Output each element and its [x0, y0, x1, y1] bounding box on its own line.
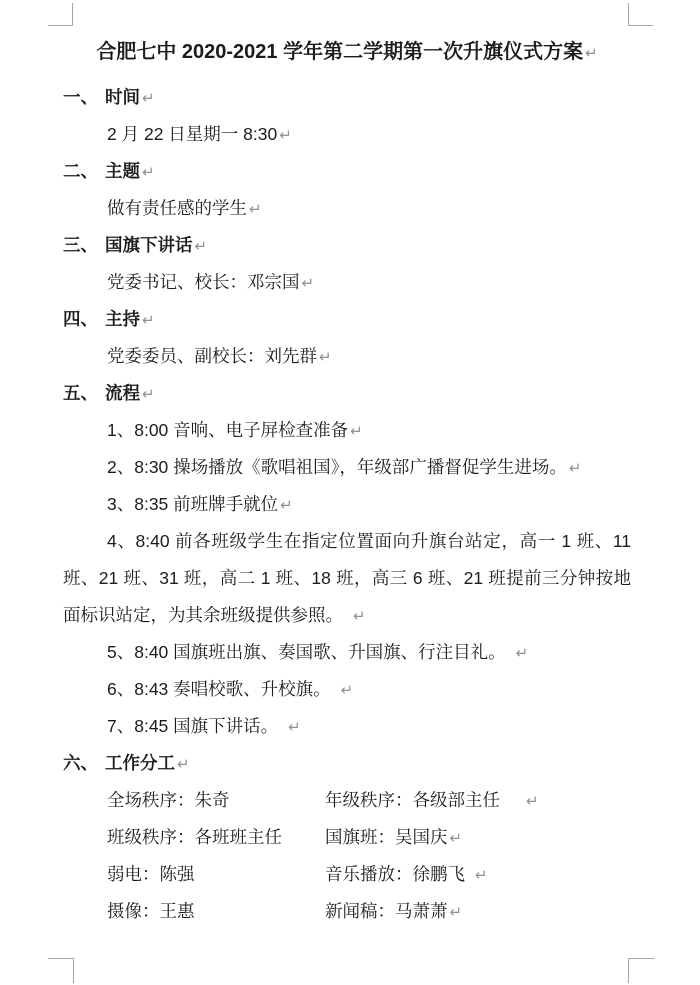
list-item-text: 4、8:40 前各班级学生在指定位置面向升旗台站定，高一 1 班、11 班、21…: [63, 531, 631, 625]
duty-right-text: 新闻稿：马萧萧: [325, 893, 448, 930]
process-item-5: 5、8:40 国旗班出旗、奏国歌、升国旗、行注目礼。↵: [63, 634, 631, 671]
paragraph-mark-icon: ↵: [516, 645, 529, 662]
paragraph-mark-icon: ↵: [450, 830, 463, 847]
process-item-1: 1、8:00 音响、电子屏检查准备↵: [63, 412, 631, 449]
heading-number: 一、: [63, 87, 98, 107]
duty-row-4: 摄像：王惠新闻稿：马萧萧↵: [63, 893, 631, 930]
duty-right-text: 国旗班：吴国庆: [325, 819, 448, 856]
paragraph-mark-icon: ↵: [177, 756, 190, 773]
list-item-text: 7、8:45 国旗下讲话。: [107, 716, 278, 736]
paragraph-text: 党委书记、校长：邓宗国: [107, 272, 300, 292]
heading-number: 三、: [63, 235, 98, 255]
heading-number: 四、: [63, 309, 98, 329]
section-heading-theme: 二、主题↵: [63, 153, 631, 190]
process-item-4: 4、8:40 前各班级学生在指定位置面向升旗台站定，高一 1 班、11 班、21…: [63, 523, 631, 634]
process-item-3: 3、8:35 前班牌手就位↵: [63, 486, 631, 523]
paragraph-mark-icon: ↵: [279, 127, 292, 144]
paragraph-mark-icon: ↵: [341, 682, 354, 699]
duty-right-text: 年级秩序：各级部主任: [325, 782, 500, 819]
sections: 一、时间↵ 2 月 22 日星期一 8:30↵ 二、主题↵ 做有责任感的学生↵ …: [63, 79, 631, 930]
paragraph-mark-icon: ↵: [249, 201, 262, 218]
duty-left-text: 摄像：王惠: [107, 893, 325, 930]
heading-text: 主持: [105, 309, 140, 329]
paragraph-mark-icon: ↵: [450, 904, 463, 921]
heading-text: 时间: [105, 87, 140, 107]
heading-number: 五、: [63, 383, 98, 403]
paragraph-mark-icon: ↵: [585, 45, 598, 62]
process-item-2: 2、8:30 操场播放《歌唱祖国》，年级部广播督促学生进场。↵: [63, 449, 631, 486]
paragraph-mark-icon: ↵: [142, 164, 155, 181]
paragraph-mark-icon: ↵: [319, 349, 332, 366]
paragraph-mark-icon: ↵: [142, 90, 155, 107]
heading-text: 工作分工: [105, 753, 175, 773]
heading-number: 六、: [63, 753, 98, 773]
paragraph-mark-icon: ↵: [142, 312, 155, 329]
heading-text: 主题: [105, 161, 140, 181]
paragraph-mark-icon: ↵: [350, 423, 363, 440]
crop-mark-top-left-icon: [48, 3, 73, 26]
paragraph-mark-icon: ↵: [195, 238, 208, 255]
duty-right-text: 音乐播放：徐鹏飞: [325, 856, 465, 893]
section-heading-host: 四、主持↵: [63, 301, 631, 338]
section-heading-speech: 三、国旗下讲话↵: [63, 227, 631, 264]
list-item-text: 3、8:35 前班牌手就位: [107, 494, 278, 514]
paragraph-mark-icon: ↵: [475, 867, 488, 884]
section-heading-time: 一、时间↵: [63, 79, 631, 116]
heading-text: 国旗下讲话: [105, 235, 193, 255]
page-title: 合肥七中 2020-2021 学年第二学期第一次升旗仪式方案↵: [63, 31, 631, 67]
list-item-text: 2、8:30 操场播放《歌唱祖国》，年级部广播督促学生进场。: [107, 457, 567, 477]
document-content: 合肥七中 2020-2021 学年第二学期第一次升旗仪式方案↵ 一、时间↵ 2 …: [63, 31, 631, 930]
process-item-6: 6、8:43 奏唱校歌、升校旗。↵: [63, 671, 631, 708]
paragraph-host: 党委委员、副校长：刘先群↵: [63, 338, 631, 375]
paragraph-mark-icon: ↵: [569, 460, 582, 477]
paragraph-mark-icon: ↵: [142, 386, 155, 403]
paragraph-theme: 做有责任感的学生↵: [63, 190, 631, 227]
paragraph-text: 党委委员、副校长：刘先群: [107, 346, 317, 366]
duty-row-2: 班级秩序：各班班主任国旗班：吴国庆↵: [63, 819, 631, 856]
page-title-text: 合肥七中 2020-2021 学年第二学期第一次升旗仪式方案: [96, 41, 583, 63]
paragraph-mark-icon: ↵: [526, 793, 539, 810]
heading-number: 二、: [63, 161, 98, 181]
paragraph-time: 2 月 22 日星期一 8:30↵: [63, 116, 631, 153]
paragraph-mark-icon: ↵: [353, 608, 366, 625]
crop-mark-top-right-icon: [628, 3, 653, 26]
paragraph-text: 2 月 22 日星期一 8:30: [107, 124, 277, 144]
paragraph-speaker: 党委书记、校长：邓宗国↵: [63, 264, 631, 301]
document-page: 合肥七中 2020-2021 学年第二学期第一次升旗仪式方案↵ 一、时间↵ 2 …: [0, 0, 700, 985]
duty-row-3: 弱电：陈强音乐播放：徐鹏飞↵: [63, 856, 631, 893]
paragraph-mark-icon: ↵: [302, 275, 315, 292]
duty-left-text: 班级秩序：各班班主任: [107, 819, 325, 856]
section-heading-process: 五、流程↵: [63, 375, 631, 412]
duty-left-text: 弱电：陈强: [107, 856, 325, 893]
crop-mark-bottom-left-icon: [48, 958, 74, 983]
paragraph-mark-icon: ↵: [288, 719, 301, 736]
process-item-7: 7、8:45 国旗下讲话。↵: [63, 708, 631, 745]
duty-left-text: 全场秩序：朱奇: [107, 782, 325, 819]
paragraph-mark-icon: ↵: [280, 497, 293, 514]
crop-mark-bottom-right-icon: [628, 958, 654, 983]
list-item-text: 1、8:00 音响、电子屏检查准备: [107, 420, 348, 440]
paragraph-text: 做有责任感的学生: [107, 198, 247, 218]
heading-text: 流程: [105, 383, 140, 403]
section-heading-duties: 六、工作分工↵: [63, 745, 631, 782]
list-item-text: 6、8:43 奏唱校歌、升校旗。: [107, 679, 331, 699]
duty-row-1: 全场秩序：朱奇年级秩序：各级部主任↵: [63, 782, 631, 819]
list-item-text: 5、8:40 国旗班出旗、奏国歌、升国旗、行注目礼。: [107, 642, 506, 662]
